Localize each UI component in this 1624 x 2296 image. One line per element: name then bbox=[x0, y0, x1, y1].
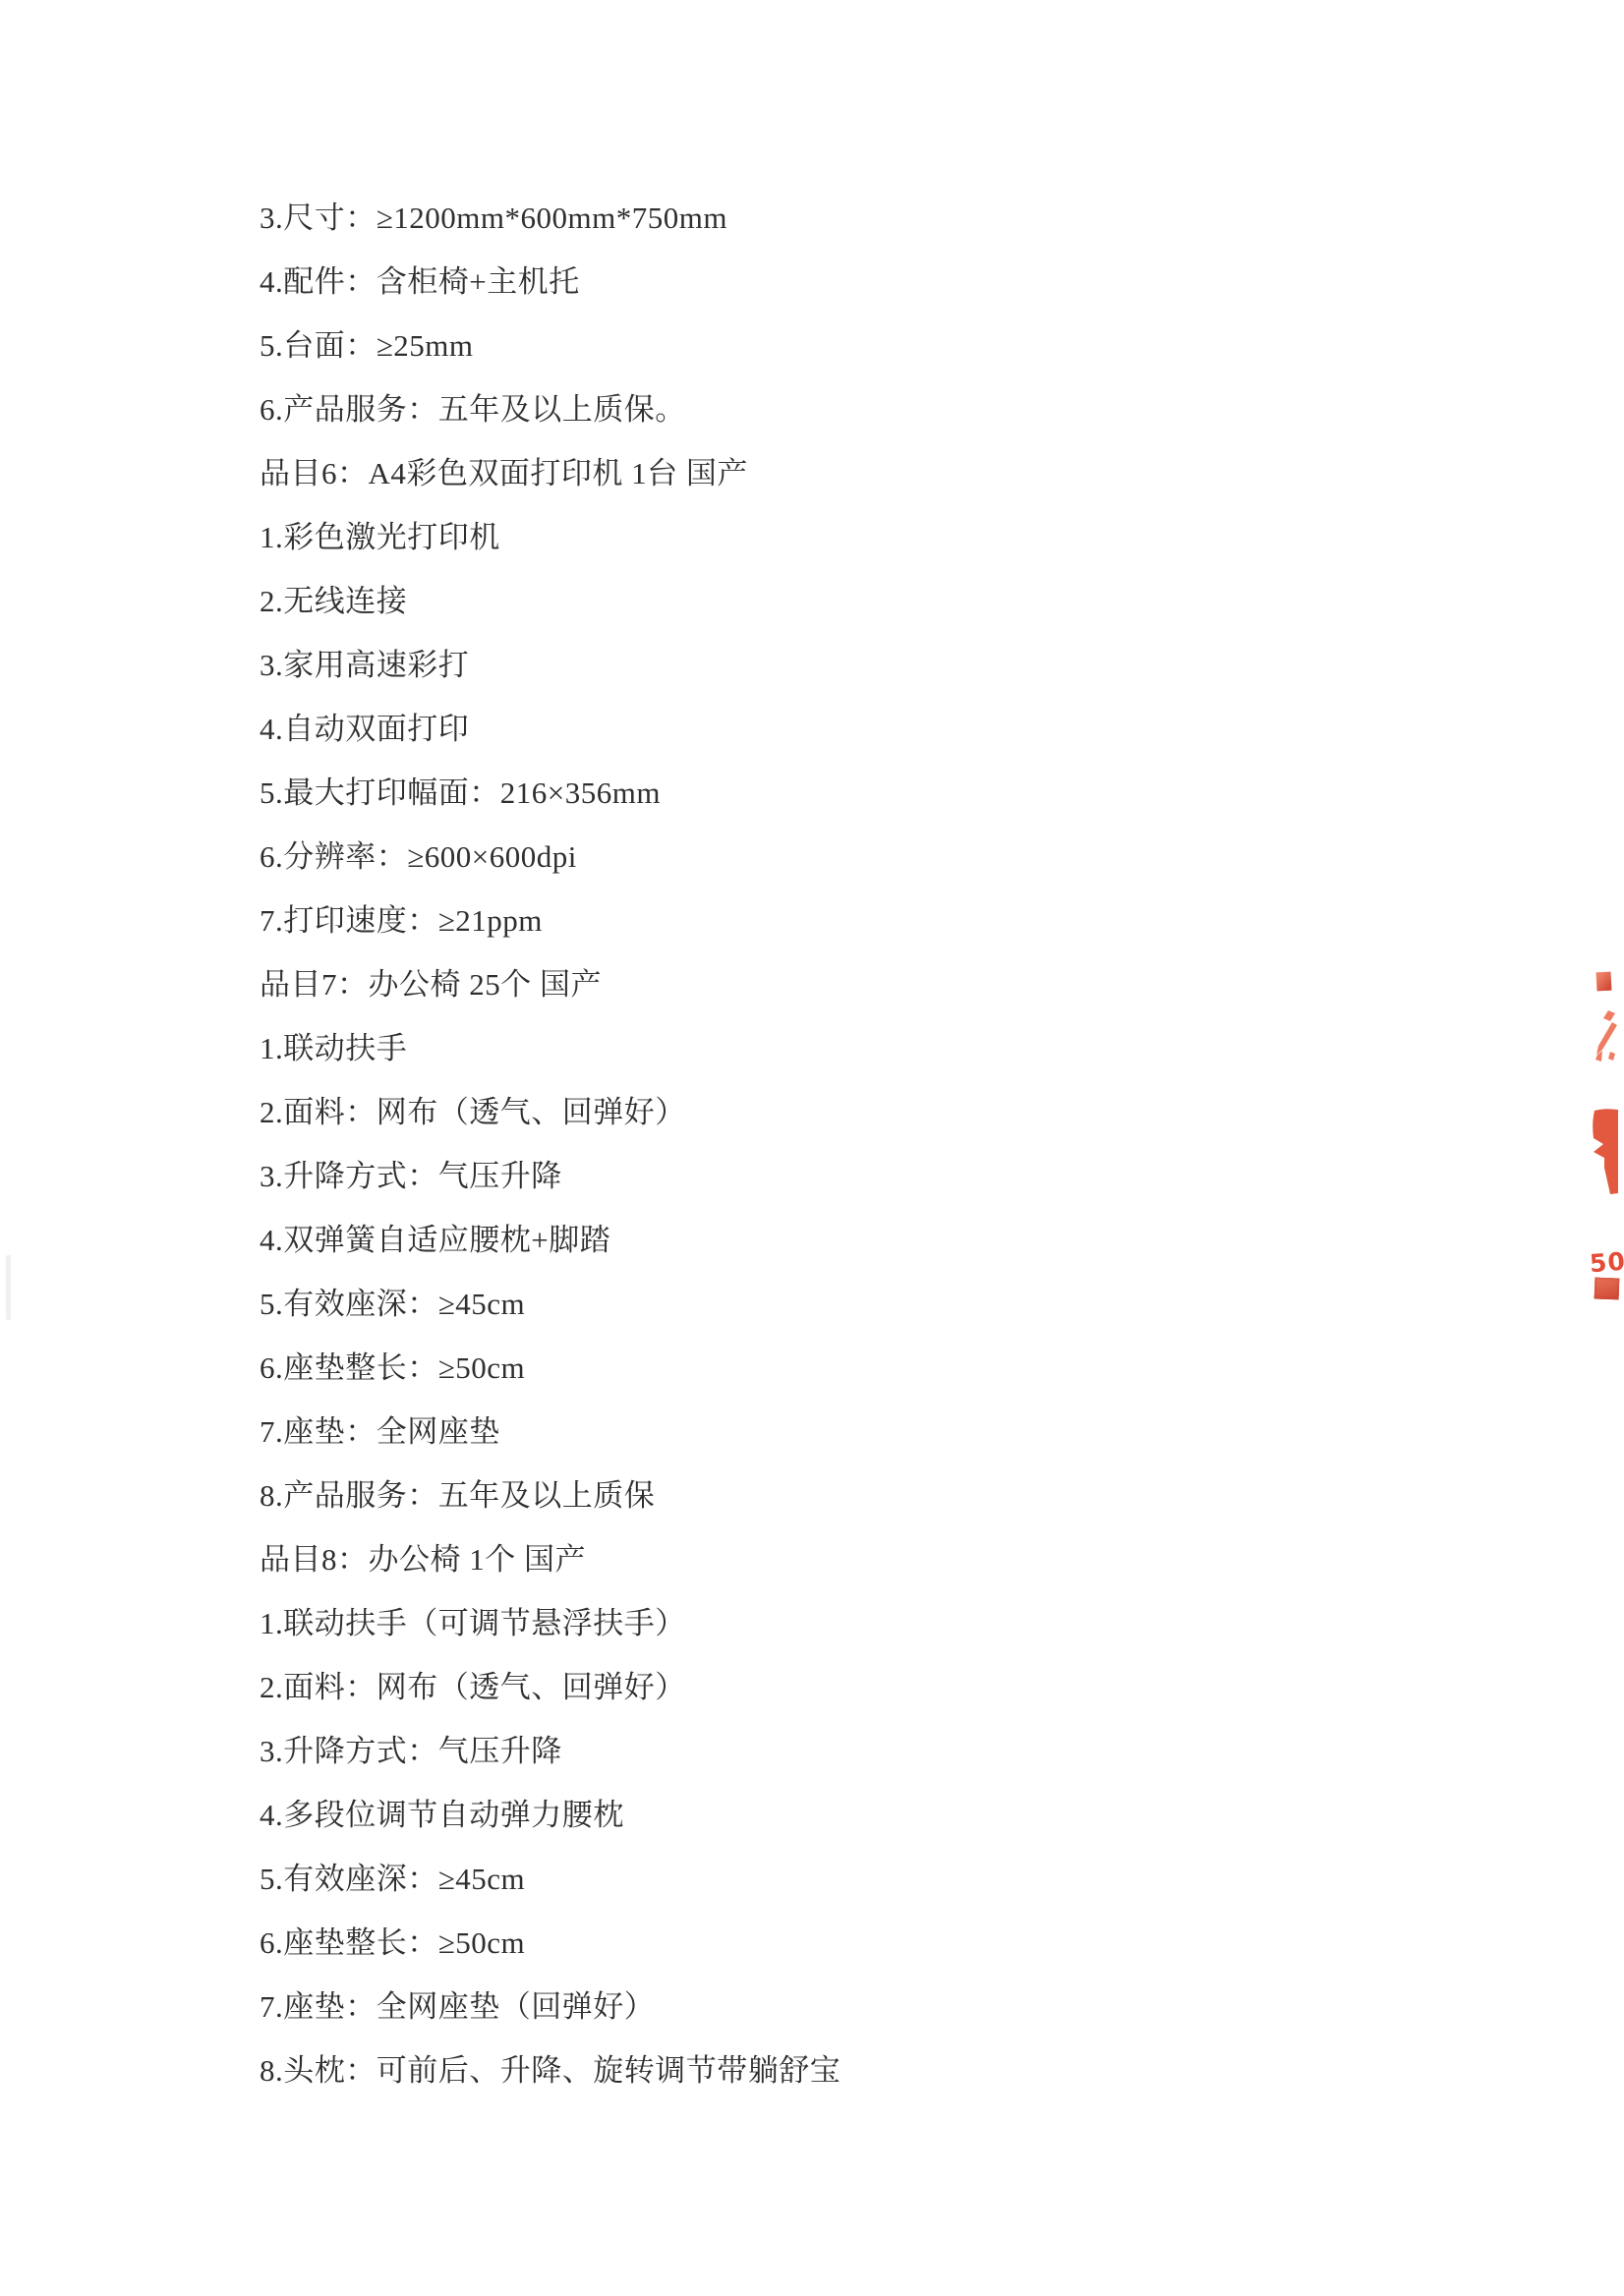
spec-line: 3.尺寸：≥1200mm*600mm*750mm bbox=[260, 186, 1479, 250]
spec-line: 6.座垫整长：≥50cm bbox=[260, 1911, 1479, 1975]
spec-line: 1.联动扶手（可调节悬浮扶手） bbox=[260, 1591, 1479, 1655]
spec-line: 2.无线连接 bbox=[260, 569, 1479, 633]
spec-line: 6.产品服务：五年及以上质保。 bbox=[260, 377, 1479, 441]
spec-line: 品目6：A4彩色双面打印机 1台 国产 bbox=[260, 441, 1479, 505]
spec-line: 1.联动扶手 bbox=[260, 1016, 1479, 1080]
spec-line: 品目8：办公椅 1个 国产 bbox=[260, 1527, 1479, 1591]
stamp-square-bottom-icon bbox=[1595, 1278, 1620, 1300]
spec-line: 3.升降方式：气压升降 bbox=[260, 1144, 1479, 1208]
document-page: 3.尺寸：≥1200mm*600mm*750mm4.配件：含柜椅+主机托5.台面… bbox=[0, 0, 1624, 2296]
spec-line: 2.面料：网布（透气、回弹好） bbox=[260, 1655, 1479, 1719]
stamp-bar-icon bbox=[1591, 1109, 1620, 1195]
stamp-square-top-icon bbox=[1596, 972, 1612, 992]
spec-line: 8.产品服务：五年及以上质保 bbox=[260, 1464, 1479, 1527]
spec-line: 7.座垫：全网座垫 bbox=[260, 1400, 1479, 1464]
scan-artifact bbox=[6, 1255, 11, 1320]
spec-line: 7.打印速度：≥21ppm bbox=[260, 889, 1479, 952]
spec-line: 8.头枕：可前后、升降、旋转调节带躺舒宝 bbox=[260, 2038, 1479, 2102]
spec-line: 4.自动双面打印 bbox=[260, 697, 1479, 761]
spec-line: 5.最大打印幅面：216×356mm bbox=[260, 761, 1479, 825]
spec-line: 1.彩色激光打印机 bbox=[260, 505, 1479, 569]
spec-line: 3.升降方式：气压升降 bbox=[260, 1719, 1479, 1783]
spec-line: 4.双弹簧自适应腰枕+脚踏 bbox=[260, 1208, 1479, 1272]
spec-line: 2.面料：网布（透气、回弹好） bbox=[260, 1080, 1479, 1144]
spec-line: 5.台面：≥25mm bbox=[260, 314, 1479, 377]
stamp-partial-text: 50 bbox=[1589, 1248, 1624, 1278]
spec-line: 5.有效座深：≥45cm bbox=[260, 1272, 1479, 1336]
spec-line: 3.家用高速彩打 bbox=[260, 633, 1479, 697]
spec-line: 6.座垫整长：≥50cm bbox=[260, 1336, 1479, 1400]
spec-line: 5.有效座深：≥45cm bbox=[260, 1847, 1479, 1911]
spec-list: 3.尺寸：≥1200mm*600mm*750mm4.配件：含柜椅+主机托5.台面… bbox=[260, 186, 1479, 2102]
spec-line: 品目7：办公椅 25个 国产 bbox=[260, 952, 1479, 1016]
spec-line: 7.座垫：全网座垫（回弹好） bbox=[260, 1975, 1479, 2038]
spec-line: 4.多段位调节自动弹力腰枕 bbox=[260, 1783, 1479, 1847]
spec-line: 6.分辨率：≥600×600dpi bbox=[260, 825, 1479, 889]
stamp-brush-stroke-icon bbox=[1589, 1006, 1618, 1063]
spec-line: 4.配件：含柜椅+主机托 bbox=[260, 250, 1479, 314]
